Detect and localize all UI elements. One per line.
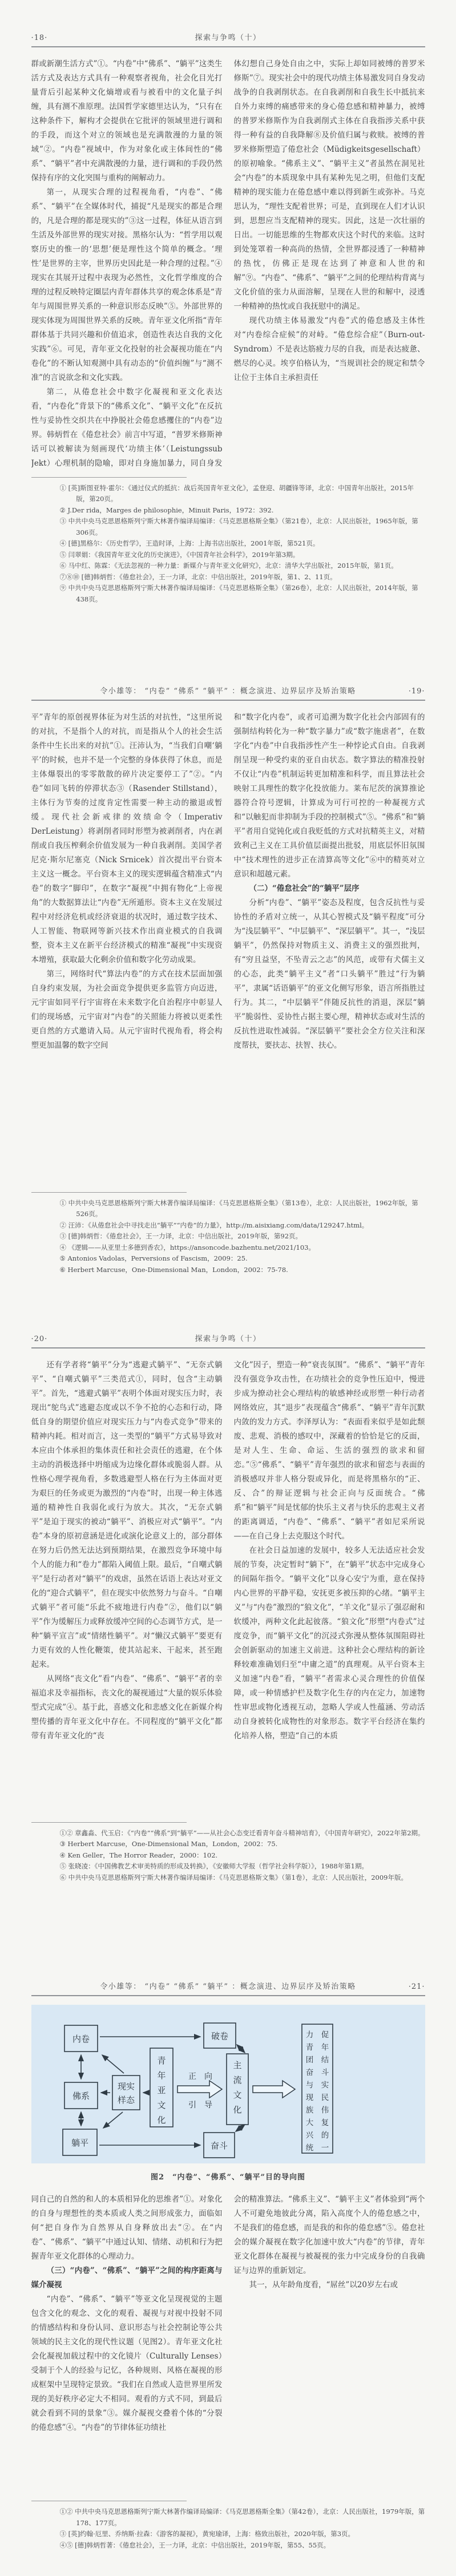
page-header: 令小雄等： “内卷” “佛系” “躺平” ：概念演进、边界层序及矫治策略 ·21…: [31, 1980, 425, 1996]
section-heading: （二）“倦怠社会”的“躺平”层序: [234, 882, 425, 896]
footnote: ③ Herbert Marcuse，One-Dimensional Man，Lo…: [60, 1839, 425, 1850]
page-header: ·20· 探索与争鸣（十）: [31, 1333, 425, 1348]
column-left: 还有学者将“躺平”分为“逃避式躺平”、“无奈式躺平”、“自嘲式躺平”三类范式①，…: [31, 1358, 223, 1818]
column-right: 体幻想自己身处自由之中，实际上却如同被缚的普罗米修斯”⑦。现实社会中的现代功绩主…: [234, 57, 425, 473]
goal-orientation-diagram: 内卷 佛系 躺平 破卷 奋斗 现实 样态 青 年 亚: [31, 2009, 425, 2162]
column-left: 平”青年的原创视界体征为对生活的对抗性，“这里所说的对抗，不是指个人的对抗，而是…: [31, 710, 223, 1188]
page-header: ·18· 探索与争鸣（十）: [31, 31, 425, 47]
footnote: ② J.Der rida，Marges de philosophie，Minui…: [60, 505, 425, 516]
figure-2-diagram: 内卷 佛系 躺平 破卷 奋斗 现实 样态 青 年 亚: [31, 2005, 425, 2163]
footnote: ⑥ Herbert Marcuse，One-Dimensional Man，Lo…: [60, 1265, 425, 1276]
footnote-separator: [31, 1192, 187, 1193]
goal-row: 统 一: [305, 2143, 329, 2153]
node-mainstream-char: 化: [233, 2105, 241, 2115]
node-reality-line1: 现实: [117, 2081, 134, 2092]
node-mainstream-char: 流: [233, 2075, 241, 2085]
running-title: 探索与争鸣（十）: [83, 1333, 374, 1343]
footnotes: ①② 中共中央马克思恩格斯列宁斯大林著作编译局编译：《马克思恩格斯全集》（第42…: [60, 2506, 425, 2551]
goal-row: 团 结: [305, 2055, 329, 2065]
node-reality-line2: 样态: [117, 2095, 135, 2105]
goal-row: 奋 斗: [305, 2068, 329, 2077]
node-pojuan: 破卷: [211, 2031, 228, 2041]
page-number: ·19·: [374, 687, 425, 696]
paragraph: 体幻想自己身处自由之中，实际上却如同被缚的普罗米修斯”⑦。现实社会中的现代功绩主…: [234, 57, 425, 314]
node-youth-char: 文: [157, 2100, 166, 2110]
footnote-separator: [31, 2501, 187, 2501]
footnote: ④ 《逻辑——从亚里士多德到香农》，https://ansoncode.bazh…: [60, 1242, 425, 1254]
paragraph: 在社会日益加速的发展中，较多人无法适应社会发展的节奏，决定暂时“躺下”，在“躺平…: [234, 1544, 425, 1743]
footnote: ⑤ 闫翠娟：《我国青年亚文化的历史演进》，《中国青年社会科学》，2019年第3期…: [60, 550, 425, 561]
figure-caption: 图2 “内卷”、“佛系”、“躺平”目的导向图: [31, 2171, 425, 2182]
footnote-separator: [31, 1822, 187, 1823]
goal-row: 青 年: [305, 2042, 329, 2052]
page-19: 令小雄等： “内卷” “佛系” “躺平” ：概念演进、边界层序及矫治策略 ·19…: [31, 685, 425, 1275]
column-left: 同自己的自然的和人的本质相异化的思维者”①。对象化的自身与理想性的类本质或人类之…: [31, 2193, 223, 2496]
node-neijuan: 内卷: [72, 2034, 89, 2044]
node-youth-char: 化: [157, 2115, 166, 2125]
running-title: 令小雄等： “内卷” “佛系” “躺平” ：概念演进、边界层序及矫治策略: [83, 685, 374, 696]
goal-row: 兴 的: [305, 2131, 329, 2140]
footnote: ③ [英]约翰·厄里、乔纳斯·拉森：《游客的凝视》，黄宛瑜译，上海：格致出版社，…: [60, 2529, 425, 2540]
paragraph: 群或新潮生活方式”①。“内卷”中“佛系”、“躺平”这类生活方式及表达方式具有一种…: [31, 57, 223, 185]
footnote: ⑤ 张晓凌：《中国佛教艺术审美特质的形成及转换》，《安徽师大学报（哲学社会科学版…: [60, 1861, 425, 1872]
node-foxi: 佛系: [72, 2091, 89, 2101]
paragraph: 第三，网络时代“算法内卷”的方式在技术层面加强自身约束发展，为社会面竞争提供更多…: [31, 967, 223, 1053]
node-youth-char: 青: [157, 2056, 166, 2066]
column-right: 会的精准算法。“佛系主义”、“躺平主义”者体验到“两个人不可避免地彼此分离，陷入…: [234, 2193, 425, 2496]
arrow-pojuan-mainstream: [237, 2045, 245, 2053]
page-number: ·21·: [374, 1983, 425, 1991]
paragraph: “内卷”、“佛系”、“躺平”等亚文化呈现视觉的主题包含文化的观念、文化的观看、凝…: [31, 2292, 223, 2435]
footnote: ①② 中共中央马克思恩格斯列宁斯大林著作编译局编译：《马克思恩格斯全集》（第42…: [60, 2506, 425, 2529]
node-tangping: 躺平: [71, 2138, 88, 2148]
goal-row: 力 促: [305, 2030, 329, 2040]
footnotes: ①② 章鑫淼、代玉启：《“内卷”“佛系”到“躺平”——从社会心态变迁看青年奋斗精…: [60, 1828, 425, 1884]
goal-row: 大 复: [305, 2118, 329, 2127]
arrow-reality-neijuan: [102, 2055, 124, 2073]
node-mainstream-char: 主: [233, 2060, 241, 2070]
paragraph: 文化”因子，塑造一种“衰丧氛围”。“佛系”、“躺平”青年没有强竞争攻击性，在功绩…: [234, 1358, 425, 1544]
footnotes: ① 中共中央马克思恩格斯列宁斯大林著作编译局编译：《马克思恩格斯全集》（第13卷…: [60, 1198, 425, 1276]
footnote: ① 中共中央马克思恩格斯列宁斯大林著作编译局编译：《马克思恩格斯全集》（第13卷…: [60, 1198, 425, 1220]
running-title: 探索与争鸣（十）: [83, 31, 374, 42]
running-title: 令小雄等： “内卷” “佛系” “躺平” ：概念演进、边界层序及矫治策略: [83, 1980, 374, 1991]
body-columns: 群或新潮生活方式”①。“内卷”中“佛系”、“躺平”这类生活方式及表达方式具有一种…: [31, 57, 425, 473]
paragraph: 其一，从年龄角度看，“屌丝”以20岁左右或: [234, 2278, 425, 2292]
footnote: ①② 章鑫淼、代玉启：《“内卷”“佛系”到“躺平”——从社会心态变迁看青年奋斗精…: [60, 1828, 425, 1839]
page-18: ·18· 探索与争鸣（十） 群或新潮生活方式”①。“内卷”中“佛系”、“躺平”这…: [31, 31, 425, 605]
footnote: ③ 中共中央马克思恩格斯列宁斯大林著作编译局编译：《马克思恩格斯全集》（第21卷…: [60, 516, 425, 538]
footnote: ⑥ 中共中央马克思恩格斯列宁斯大林著作编译局编译：《马克思恩格斯文集》（第1卷）…: [60, 1872, 425, 1884]
paragraph: 分析“内卷”、“躺平”姿态及程度，包含反抗性与妥协性的矛盾对立统一，从其心智模式…: [234, 896, 425, 1053]
paragraph: 同自己的自然的和人的本质相异化的思维者”①。对象化的自身与理想性的类本质或人类之…: [31, 2193, 223, 2264]
goal-row: 现 民: [305, 2093, 329, 2102]
footnote: ⑦⑧⑩ [德]韩炳哲：《倦怠社会》，王一力译，北京：中信出版社，2019年版，第…: [60, 572, 425, 583]
node-fendou: 奋斗: [210, 2141, 227, 2151]
footnote: ⑤ Antonios Vadolas，Perversions of Fascis…: [60, 1253, 425, 1265]
node-youth-char: 亚: [157, 2085, 166, 2095]
paragraph: 第二，从倦怠社会中数字化凝视和亚文化表达看，“内卷化”背景下的“佛系文化”、“躺…: [31, 385, 223, 473]
arrow-positive-guidance: [177, 2081, 222, 2098]
paragraph: 和“数字化内卷”，或者可追溯为数字化社会内部固有的强制结构转化为一种“数字暴力”…: [234, 710, 425, 882]
footnotes: ① [英]斯图亚特·霍尔：《通过仪式的抵抗：战后英国青年亚文化》，孟登迎、胡疆锋…: [60, 483, 425, 605]
footnote: ④⑤ [德]韩炳哲著：《倦怠社会》，王一力译，北京：中信出版社，2019年版，第…: [60, 2540, 425, 2551]
paragraph: 还有学者将“躺平”分为“逃避式躺平”、“无奈式躺平”、“自嘲式躺平”三类范式①，…: [31, 1358, 223, 1672]
body-columns: 还有学者将“躺平”分为“逃避式躺平”、“无奈式躺平”、“自嘲式躺平”三类范式①，…: [31, 1358, 425, 1818]
footnote: ⑨ 中共中央马克思恩格斯列宁斯大林著作编译局编译：《马克思恩格斯全集》（第26卷…: [60, 583, 425, 605]
column-left: 群或新潮生活方式”①。“内卷”中“佛系”、“躺平”这类生活方式及表达方式具有一种…: [31, 57, 223, 473]
node-youth-char: 年: [157, 2070, 166, 2081]
goal-row: 与 实: [305, 2081, 329, 2090]
page-number: ·18·: [31, 34, 83, 42]
footnote: ④ [德]黑格尔：《历史哲学》，王造时译，上海：上海书店出版社，2001年版，第…: [60, 538, 425, 550]
page-number: ·20·: [31, 1335, 83, 1343]
footnote: ② 汪沛：《从倦怠社会中寻找走出“躺平”“内卷”的力量》，http://m.ai…: [60, 1220, 425, 1232]
paragraph: 第一，从现实合理的过程视角看，“内卷”、“佛系”、“躺平”在全媒体时代，捕捉“凡…: [31, 185, 223, 385]
paragraph: 从网络“丧文化”看“内卷”、“佛系”、“躺平”者的幸福追求及幸福指标，丧文化的凝…: [31, 1672, 223, 1743]
paragraph: 现代功绩主体易激发“内卷”式的倦怠感及主体性对“内卷综合症候”的对峙。“倦怠综合…: [234, 314, 425, 385]
body-columns: 同自己的自然的和人的本质相异化的思维者”①。对象化的自身与理想性的类本质或人类之…: [31, 2193, 425, 2496]
page-20: ·20· 探索与争鸣（十） 还有学者将“躺平”分为“逃避式躺平”、“无奈式躺平”…: [31, 1333, 425, 1883]
page-header: 令小雄等： “内卷” “佛系” “躺平” ：概念演进、边界层序及矫治策略 ·19…: [31, 685, 425, 701]
goal-row: 族 伟: [305, 2105, 329, 2115]
arrow-mainstream-goal: [253, 2081, 295, 2098]
arrow-fendou-mainstream: [236, 2125, 245, 2131]
column-right: 文化”因子，塑造一种“衰丧氛围”。“佛系”、“躺平”青年没有强竞争攻击性，在功绩…: [234, 1358, 425, 1818]
arrow-reality-tangping: [103, 2112, 123, 2128]
body-columns: 平”青年的原创视界体征为对生活的对抗性，“这里所说的对抗，不是指个人的对抗，而是…: [31, 710, 425, 1188]
footnote: ⑥ 马中红、陈霖：《无法忽视的一种力量：新媒介与青年亚文化研究》，北京：清华大学…: [60, 560, 425, 572]
footnote: ④ Ken Geller，The Horror Reader，2000：102.: [60, 1850, 425, 1862]
paragraph: 平”青年的原创视界体征为对生活的对抗性，“这里所说的对抗，不是指个人的对抗，而是…: [31, 710, 223, 967]
footnote: ③ [德]韩炳哲：《倦怠社会》，王一力译，北京：中信出版社，2019年版，第92…: [60, 1231, 425, 1242]
arrow-label-guidance: 引 导: [188, 2100, 212, 2110]
node-mainstream-char: 文: [233, 2090, 241, 2100]
section-heading: （三）“内卷”、“佛系”、“躺平”之间的构序距离与媒介凝视: [31, 2264, 223, 2292]
arrow-label-positive: 正 向: [188, 2072, 212, 2081]
footnote: ① [英]斯图亚特·霍尔：《通过仪式的抵抗：战后英国青年亚文化》，孟登迎、胡疆锋…: [60, 483, 425, 505]
footnote-separator: [31, 477, 187, 478]
paragraph: 会的精准算法。“佛系主义”、“躺平主义”者体验到“两个人不可避免地彼此分离，陷入…: [234, 2193, 425, 2278]
column-right: 和“数字化内卷”，或者可追溯为数字化社会内部固有的强制结构转化为一种“数字暴力”…: [234, 710, 425, 1188]
page-21: 令小雄等： “内卷” “佛系” “躺平” ：概念演进、边界层序及矫治策略 ·21…: [31, 1980, 425, 2551]
